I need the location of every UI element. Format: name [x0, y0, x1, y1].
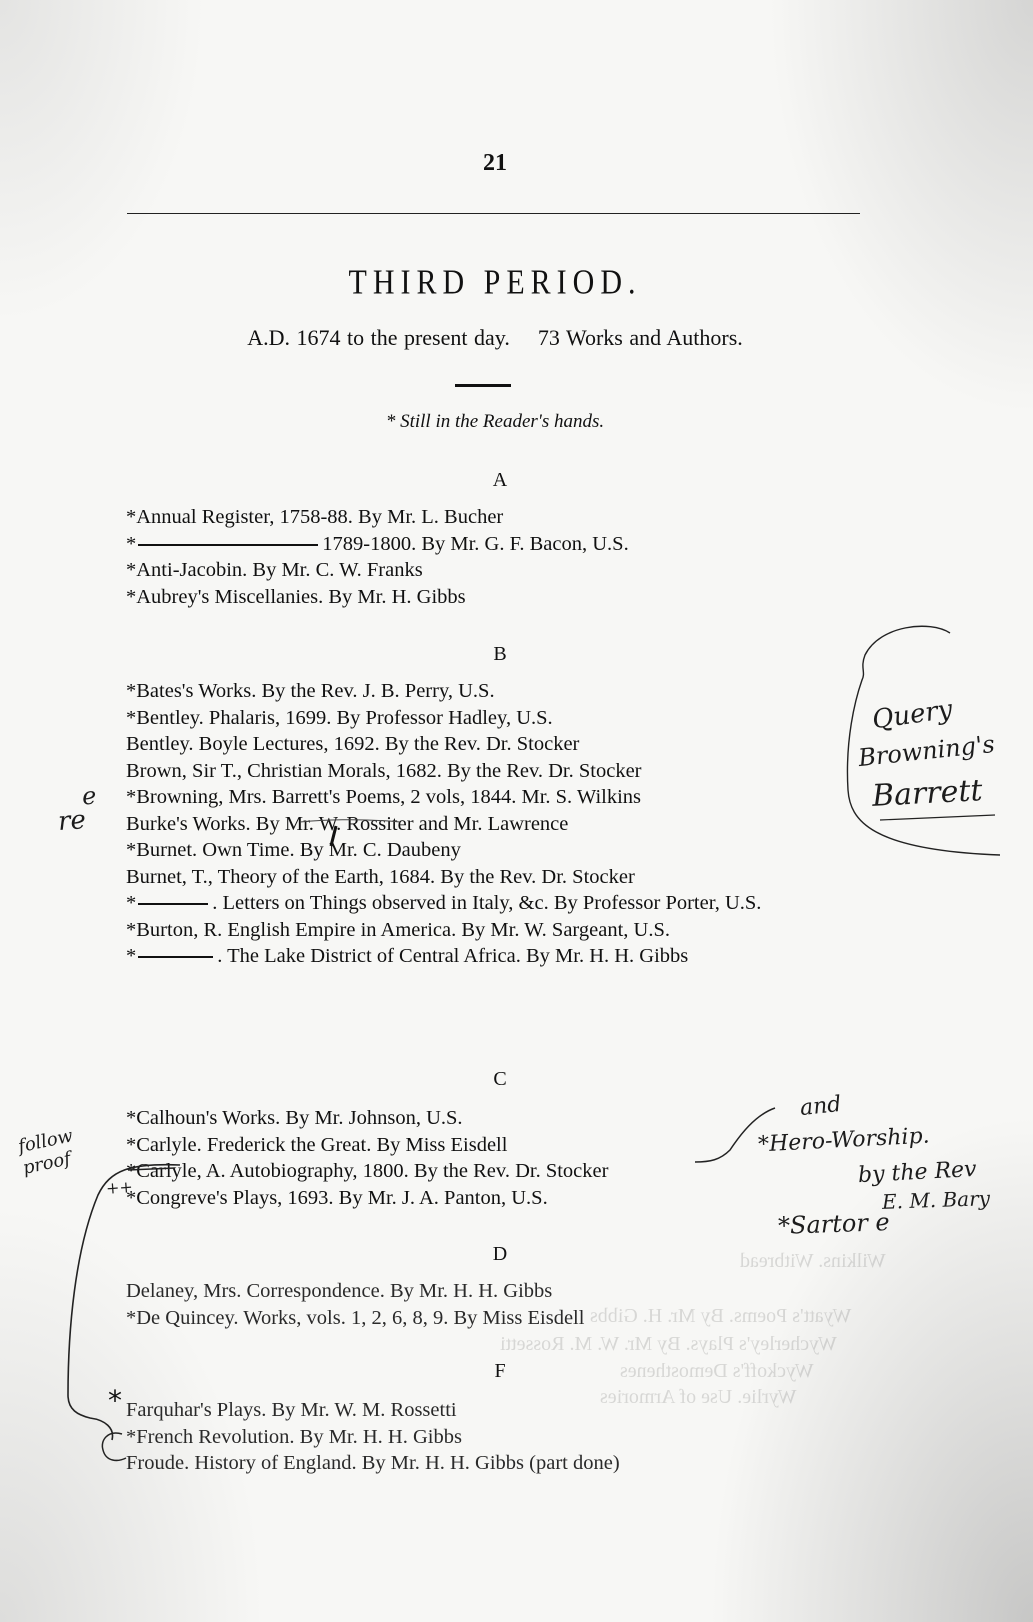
- carlyle-addition-sartor: *Sartor e: [778, 1208, 891, 1240]
- carlyle-addition-by-rev: by the Rev: [857, 1157, 977, 1188]
- entry-row: *Carlyle. Frederick the Great. By Miss E…: [126, 1132, 866, 1159]
- entry-row: *De Quincey. Works, vols. 1, 2, 6, 8, 9.…: [126, 1305, 866, 1332]
- header-rule: [127, 213, 860, 214]
- carlyle-addition-name: E. M. Bary: [882, 1186, 991, 1214]
- margin-note-re: re: [57, 805, 87, 837]
- entry-row: *Annual Register, 1758-88. By Mr. L. Buc…: [126, 504, 866, 531]
- entry-row: *1789-1800. By Mr. G. F. Bacon, U.S.: [126, 531, 866, 558]
- svg-text:*: *: [108, 1384, 122, 1417]
- entry-row: *Carlyle, A. Autobiography, 1800. By the…: [126, 1158, 866, 1185]
- entry-row: Delaney, Mrs. Correspondence. By Mr. H. …: [126, 1278, 866, 1305]
- works-count: 73 Works and Authors.: [538, 325, 743, 350]
- ditto-dash: [138, 956, 213, 958]
- period-subtitle: A.D. 1674 to the present day.73 Works an…: [0, 325, 990, 351]
- entry-row: Burke's Works. By Mr. W. Rossiter and Mr…: [126, 811, 866, 838]
- entry-row: *. The Lake District of Central Africa. …: [126, 943, 866, 970]
- entry-row: *French Revolution. By Mr. H. H. Gibbs: [126, 1424, 866, 1451]
- entry-row: Bentley. Boyle Lectures, 1692. By the Re…: [126, 731, 866, 758]
- section-f-entries: Farquhar's Plays. By Mr. W. M. Rossetti …: [126, 1397, 866, 1477]
- ditto-dash: [138, 903, 208, 905]
- period-title: THIRD PERIOD.: [0, 263, 990, 302]
- bleed-through-text: Wycherley's Plays. By Mr. W. M. Rossetti: [500, 1333, 837, 1356]
- entry-row: *Anti-Jacobin. By Mr. C. W. Franks: [126, 557, 866, 584]
- section-a-entries: *Annual Register, 1758-88. By Mr. L. Buc…: [126, 504, 866, 610]
- query-note-line1: Query: [870, 695, 954, 736]
- entry-row: Farquhar's Plays. By Mr. W. M. Rossetti: [126, 1397, 866, 1424]
- entry-row: *Browning, Mrs. Barrett's Poems, 2 vols,…: [126, 784, 866, 811]
- plus-mark: ++: [105, 1177, 133, 1198]
- section-letter-a: A: [0, 469, 1000, 492]
- entry-row: Burnet, T., Theory of the Earth, 1684. B…: [126, 864, 866, 891]
- entry-row: *. Letters on Things observed in Italy, …: [126, 890, 866, 917]
- entry-row: *Burnet. Own Time. By Mr. C. Daubeny: [126, 837, 866, 864]
- follow-proof-note: follow proof: [16, 1120, 103, 1180]
- star-mark: *: [126, 892, 136, 914]
- query-note-line2: Browning's: [857, 730, 996, 772]
- entry-row: Froude. History of England. By Mr. H. H.…: [126, 1450, 866, 1477]
- section-c-entries: *Calhoun's Works. By Mr. Johnson, U.S. *…: [126, 1105, 866, 1211]
- query-note-line3: Barrett: [871, 773, 983, 814]
- section-letter-b: B: [0, 643, 1000, 666]
- ditto-dash: [138, 544, 318, 546]
- entry-row: *Bentley. Phalaris, 1699. By Professor H…: [126, 705, 866, 732]
- section-letter-f: F: [0, 1360, 1000, 1383]
- entry-row: Brown, Sir T., Christian Morals, 1682. B…: [126, 758, 866, 785]
- section-b-entries: *Bates's Works. By the Rev. J. B. Perry,…: [126, 678, 866, 970]
- entry-row: *Burton, R. English Empire in America. B…: [126, 917, 866, 944]
- page-number: 21: [0, 150, 990, 177]
- section-letter-d: D: [0, 1243, 1000, 1266]
- section-d-entries: Delaney, Mrs. Correspondence. By Mr. H. …: [126, 1278, 866, 1331]
- star-mark: *: [126, 533, 136, 555]
- entry-row: *Aubrey's Miscellanies. By Mr. H. Gibbs: [126, 584, 866, 611]
- entry-row: *Congreve's Plays, 1693. By Mr. J. A. Pa…: [126, 1185, 866, 1212]
- section-letter-c: C: [0, 1068, 1000, 1091]
- star-mark: *: [126, 945, 136, 967]
- divider-rule: [455, 384, 511, 387]
- scanned-page: 21 THIRD PERIOD. A.D. 1674 to the presen…: [0, 0, 1033, 1622]
- entry-row: *Bates's Works. By the Rev. J. B. Perry,…: [126, 678, 866, 705]
- carlyle-addition-and: and: [799, 1092, 843, 1121]
- period-range: A.D. 1674 to the present day.: [247, 325, 510, 350]
- entry-row: *Calhoun's Works. By Mr. Johnson, U.S.: [126, 1105, 866, 1132]
- asterisk-legend: * Still in the Reader's hands.: [0, 411, 990, 433]
